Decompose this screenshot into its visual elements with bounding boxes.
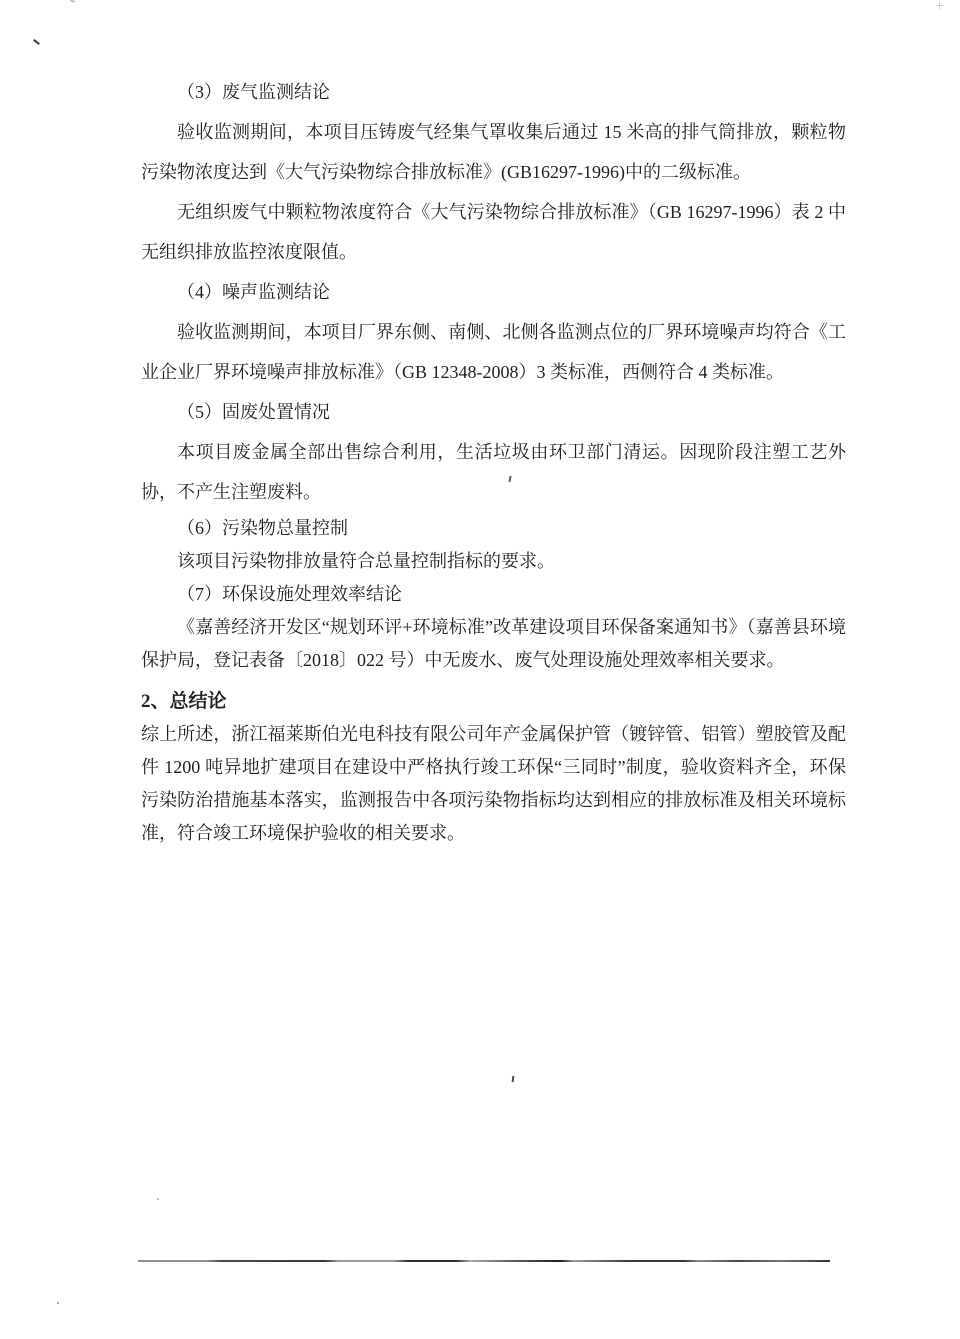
para-treatment-efficiency: 《嘉善经济开发区“规划环评+环境标准”改革建设项目环保备案通知书》（嘉善县环境保… [141, 611, 846, 677]
heading-solid-waste-disposal: （5）固废处置情况 [141, 392, 846, 432]
para-waste-gas-fugitive-emission: 无组织废气中颗粒物浓度符合《大气污染物综合排放标准》（GB 16297-1996… [141, 192, 846, 272]
para-waste-gas-stack-emission: 验收监测期间，本项目压铸废气经集气罩收集后通过 15 米高的排气筒排放，颗粒物污… [141, 112, 846, 192]
scan-speck [512, 1076, 515, 1082]
heading-overall-conclusion: 2、总结论 [141, 685, 846, 718]
scan-speck [157, 1198, 159, 1200]
monitoring-conclusions-section: （3）废气监测结论 验收监测期间，本项目压铸废气经集气罩收集后通过 15 米高的… [141, 72, 846, 512]
para-overall-conclusion: 综上所述，浙江福莱斯伯光电科技有限公司年产金属保护管（镀锌管、铝管）塑胶管及配件… [141, 718, 846, 850]
totals-and-overall-section: （6）污染物总量控制 该项目污染物排放量符合总量控制指标的要求。 （7）环保设施… [141, 512, 846, 850]
document-page: （3）废气监测结论 验收监测期间，本项目压铸废气经集气罩收集后通过 15 米高的… [0, 0, 960, 1339]
document-content: （3）废气监测结论 验收监测期间，本项目压铸废气经集气罩收集后通过 15 米高的… [141, 72, 846, 850]
para-noise-boundary: 验收监测期间，本项目厂界东侧、南侧、北侧各监测点位的厂界环境噪声均符合《工业企业… [141, 312, 846, 392]
para-solid-waste-disposal: 本项目废金属全部出售综合利用，生活垃圾由环卫部门清运。因现阶段注塑工艺外协，不产… [141, 432, 846, 512]
scan-speck: + [935, 0, 944, 11]
scan-speck [57, 1302, 59, 1304]
scan-speck [70, 0, 75, 3]
scan-speck [33, 39, 40, 45]
heading-noise-conclusion: （4）噪声监测结论 [141, 272, 846, 312]
para-pollutant-total-control: 该项目污染物排放量符合总量控制指标的要求。 [141, 545, 846, 578]
heading-treatment-efficiency: （7）环保设施处理效率结论 [141, 578, 846, 611]
page-bottom-scan-line [138, 1260, 830, 1262]
heading-pollutant-total-control: （6）污染物总量控制 [141, 512, 846, 545]
heading-waste-gas-conclusion: （3）废气监测结论 [141, 72, 846, 112]
